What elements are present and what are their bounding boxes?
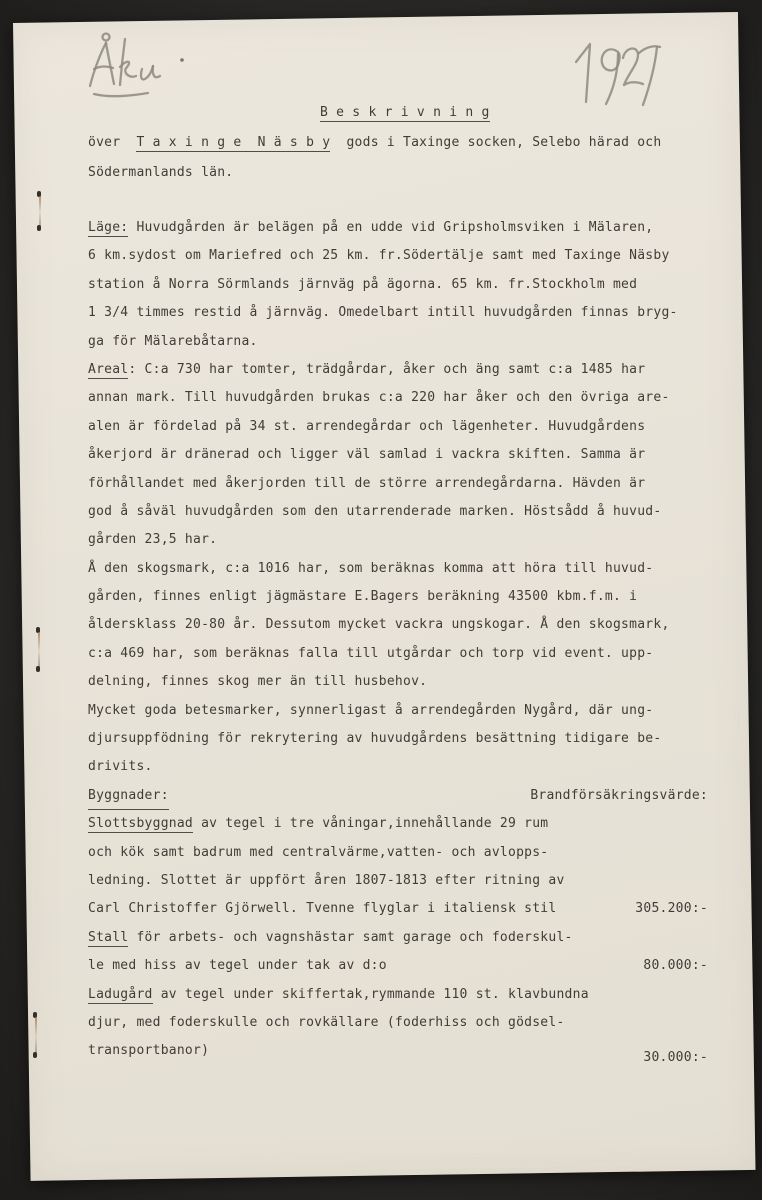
text-line: Stall för arbets- och vagnshästar samt g…: [88, 924, 708, 952]
buildings-header-label: Byggnader:: [88, 782, 169, 810]
underlined-lead: Ladugård: [88, 987, 153, 1004]
text-line: djur, med foderskulle och rovkällare (fo…: [88, 1009, 708, 1037]
staple-rust-bar: [38, 632, 40, 667]
insurance-value: 305.200:-: [635, 895, 708, 923]
text-line: Läge: Huvudgården är belägen på en udde …: [88, 214, 708, 242]
text-line: annan mark. Till huvudgården brukas c:a …: [88, 384, 708, 412]
document-head: B e s k r i v n i n g över T a x i n g e…: [88, 98, 708, 188]
text-line: Å den skogsmark, c:a 1016 har, som beräk…: [88, 555, 708, 583]
text-line: god å såväl huvudgården som den utarrend…: [88, 498, 708, 526]
building-entry: Stall för arbets- och vagnshästar samt g…: [88, 924, 708, 981]
text-line: åldersklass 20-80 år. Dessutom mycket va…: [88, 611, 708, 639]
intro-line-2: Södermanlands län.: [88, 158, 708, 188]
staple-mark-top: [37, 191, 42, 231]
text-line: Mycket goda betesmarker, synnerligast å …: [88, 697, 708, 725]
text-line: åkerjord är dränerad och ligger väl saml…: [88, 441, 708, 469]
text-line: ga för Mälarebåtarna.: [88, 328, 708, 356]
text-line: gården, finnes enligt jägmästare E.Bager…: [88, 583, 708, 611]
buildings-block: Slottsbyggnad av tegel i tre våningar,in…: [88, 810, 708, 1066]
buildings-header-row: Byggnader: Brandförsäkringsvärde:: [88, 782, 708, 810]
scanned-document-photo: { "scan": { "paper_color": "#e8e3d8", "b…: [0, 0, 762, 1200]
handwritten-note-aker: [75, 28, 205, 103]
text-line: gården 23,5 har.: [88, 526, 708, 554]
staple-rust-bar: [35, 1017, 37, 1053]
text-line: le med hiss av tegel under tak av d:o: [88, 952, 708, 980]
text-line: 6 km.sydost om Mariefred och 25 km. fr.S…: [88, 242, 708, 270]
head-body-gap: [88, 188, 708, 214]
document-content: B e s k r i v n i n g över T a x i n g e…: [88, 98, 708, 1066]
text-line: Ladugård av tegel under skiffertak,rymma…: [88, 981, 708, 1009]
staple-mark-bottom: [33, 1012, 38, 1058]
insurance-value: 30.000:-: [643, 1044, 708, 1072]
text-line: station å Norra Sörmlands järnväg på ägo…: [88, 271, 708, 299]
text-line: drivits.: [88, 753, 708, 781]
underlined-lead: Slottsbyggnad: [88, 816, 193, 833]
underlined-lead: Stall: [88, 930, 128, 947]
text-line: ledning. Slottet är uppfört åren 1807-18…: [88, 867, 708, 895]
estate-name: T a x i n g e N ä s b y: [136, 135, 330, 152]
text-line: delning, finnes skog mer än till husbeho…: [88, 668, 708, 696]
paragraph-block: Läge: Huvudgården är belägen på en udde …: [88, 214, 708, 782]
text-line: 1 3/4 timmes restid å järnväg. Omedelbar…: [88, 299, 708, 327]
underlined-lead: Areal: [88, 362, 128, 379]
building-entry: Slottsbyggnad av tegel i tre våningar,in…: [88, 810, 708, 924]
text-line: Areal: C:a 730 har tomter, trädgårdar, å…: [88, 356, 708, 384]
text-line: och kök samt badrum med centralvärme,vat…: [88, 839, 708, 867]
intro-line: över T a x i n g e N ä s b y gods i Taxi…: [88, 128, 708, 158]
text-line: förhållandet med åkerjorden till de stör…: [88, 470, 708, 498]
text-line: c:a 469 har, som beräknas falla till utg…: [88, 640, 708, 668]
intro-prefix: över: [88, 135, 136, 150]
insurance-header-label: Brandförsäkringsvärde:: [530, 782, 708, 810]
text-line: alen är fördelad på 34 st. arrendegårdar…: [88, 413, 708, 441]
staple-rust-bar: [39, 196, 41, 226]
text-line: Slottsbyggnad av tegel i tre våningar,in…: [88, 810, 708, 838]
text-line: transportbanor): [88, 1037, 708, 1065]
text-line: Carl Christoffer Gjörwell. Tvenne flygla…: [88, 895, 708, 923]
underlined-lead: Läge:: [88, 220, 128, 237]
text-line: djursuppfödning för rekrytering av huvud…: [88, 725, 708, 753]
document-title: B e s k r i v n i n g: [320, 98, 708, 128]
intro-suffix: gods i Taxinge socken, Selebo härad och: [330, 135, 661, 150]
building-entry: Ladugård av tegel under skiffertak,rymma…: [88, 981, 708, 1066]
staple-mark-middle: [36, 627, 41, 672]
insurance-value: 80.000:-: [643, 952, 708, 980]
document-title-text: B e s k r i v n i n g: [320, 105, 490, 122]
